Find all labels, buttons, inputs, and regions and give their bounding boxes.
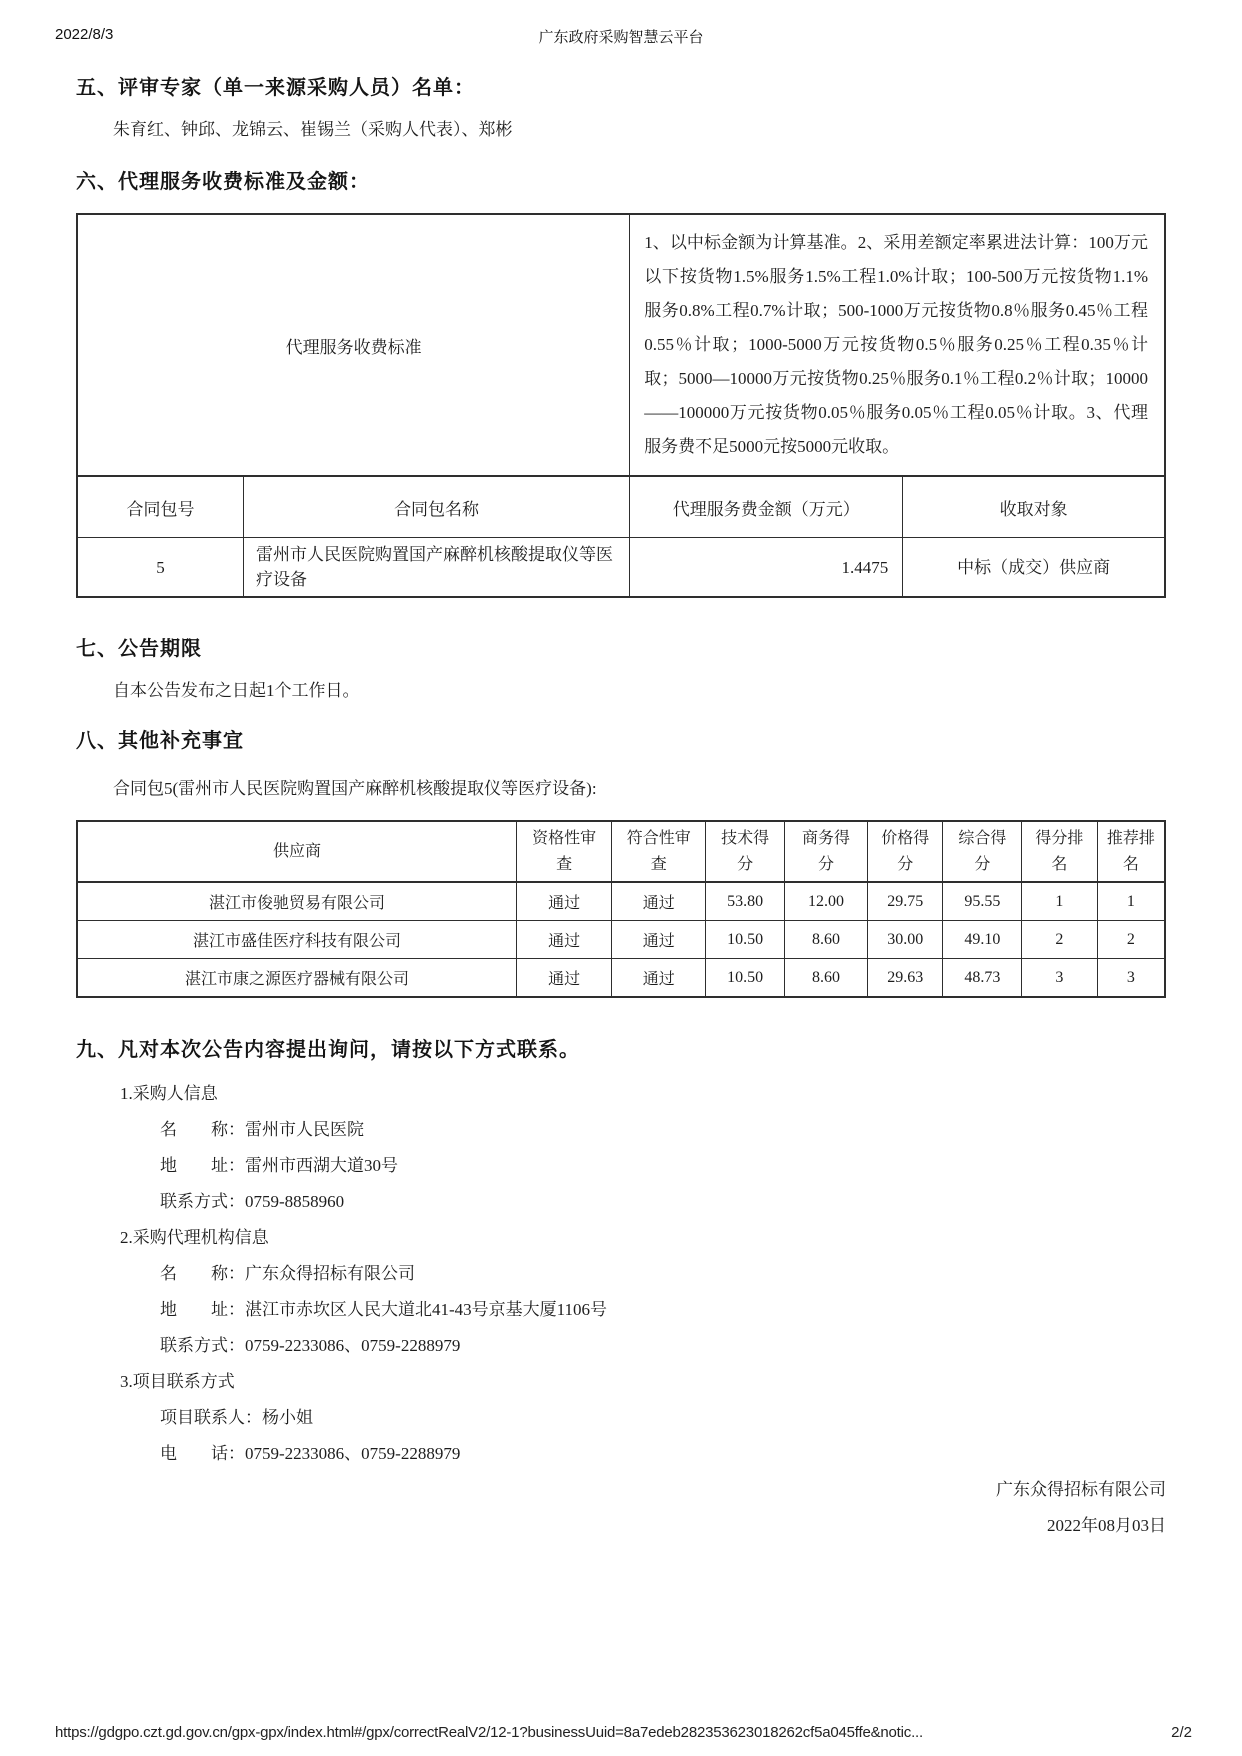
business-score: 8.60 bbox=[784, 959, 867, 998]
agency-phone-line: 联系方式：0759-2233086、0759-2288979 bbox=[76, 1328, 1166, 1364]
fee-standard-text: 1、以中标金额为计算基准。2、采用差额定率累进法计算：100万元以下按货物1.5… bbox=[630, 214, 1165, 476]
fee-standard-row: 代理服务收费标准 1、以中标金额为计算基准。2、采用差额定率累进法计算：100万… bbox=[77, 214, 1165, 476]
agency-fee-table: 代理服务收费标准 1、以中标金额为计算基准。2、采用差额定率累进法计算：100万… bbox=[76, 213, 1166, 598]
project-contact-person-line: 项目联系人：杨小姐 bbox=[76, 1400, 1166, 1436]
purchaser-phone-line: 联系方式：0759-8858960 bbox=[76, 1184, 1166, 1220]
fee-header-package-name: 合同包名称 bbox=[243, 476, 629, 538]
fee-standard-label: 代理服务收费标准 bbox=[77, 214, 630, 476]
score-header-supplier: 供应商 bbox=[77, 821, 517, 882]
recommend-rank: 2 bbox=[1097, 921, 1165, 959]
recommend-rank: 1 bbox=[1097, 882, 1165, 921]
expert-name-list: 朱育红、钟邱、龙锦云、崔锡兰（采购人代表）、郑彬 bbox=[76, 118, 1166, 142]
score-table-row: 湛江市康之源医疗器械有限公司 通过 通过 10.50 8.60 29.63 48… bbox=[77, 959, 1165, 998]
fee-header-charged-to: 收取对象 bbox=[903, 476, 1165, 538]
contact-info: 1.采购人信息 名 称：雷州市人民医院 地 址：雷州市西湖大道30号 联系方式：… bbox=[76, 1076, 1166, 1472]
total-score: 95.55 bbox=[943, 882, 1022, 921]
score-header-technical-score: 技术得 分 bbox=[706, 821, 785, 882]
supplier-name: 湛江市盛佳医疗科技有限公司 bbox=[77, 921, 517, 959]
fee-charged-to: 中标（成交）供应商 bbox=[903, 538, 1165, 598]
signoff-block: 广东众得招标有限公司 2022年08月03日 bbox=[76, 1472, 1166, 1544]
score-header-qualification-review: 资格性审 查 bbox=[517, 821, 612, 882]
conformity-review: 通过 bbox=[612, 921, 706, 959]
score-table-row: 湛江市盛佳医疗科技有限公司 通过 通过 10.50 8.60 30.00 49.… bbox=[77, 921, 1165, 959]
agency-name-line: 名 称：广东众得招标有限公司 bbox=[76, 1256, 1166, 1292]
qualification-review: 通过 bbox=[517, 921, 612, 959]
fee-table-data-row: 5 雷州市人民医院购置国产麻醉机核酸提取仪等医疗设备 1.4475 中标（成交）… bbox=[77, 538, 1165, 598]
total-score: 48.73 bbox=[943, 959, 1022, 998]
section-5-title: 五、评审专家（单一来源采购人员）名单： bbox=[76, 74, 1166, 102]
section-8-title: 八、其他补充事宜 bbox=[76, 727, 1166, 755]
technical-score: 10.50 bbox=[706, 921, 785, 959]
supplier-score-table: 供应商 资格性审 查 符合性审 查 技术得 分 商务得 分 价格得 分 综合得 … bbox=[76, 820, 1166, 998]
fee-table-header-row: 合同包号 合同包名称 代理服务费金额（万元） 收取对象 bbox=[77, 476, 1165, 538]
package-5-line: 合同包5(雷州市人民医院购置国产麻醉机核酸提取仪等医疗设备): bbox=[76, 777, 1166, 801]
technical-score: 53.80 bbox=[706, 882, 785, 921]
qualification-review: 通过 bbox=[517, 959, 612, 998]
document-page: 2022/8/3 广东政府采购智慧云平台 五、评审专家（单一来源采购人员）名单：… bbox=[0, 0, 1242, 1756]
fee-header-package-no: 合同包号 bbox=[77, 476, 243, 538]
qualification-review: 通过 bbox=[517, 882, 612, 921]
score-header-score-rank: 得分排 名 bbox=[1022, 821, 1097, 882]
total-score: 49.10 bbox=[943, 921, 1022, 959]
score-header-business-score: 商务得 分 bbox=[784, 821, 867, 882]
score-table-row: 湛江市俊驰贸易有限公司 通过 通过 53.80 12.00 29.75 95.5… bbox=[77, 882, 1165, 921]
signoff-date: 2022年08月03日 bbox=[76, 1508, 1166, 1544]
notice-period-text: 自本公告发布之日起1个工作日。 bbox=[76, 679, 1166, 703]
page-number: 2/2 bbox=[1171, 1724, 1192, 1741]
fee-package-name: 雷州市人民医院购置国产麻醉机核酸提取仪等医疗设备 bbox=[243, 538, 629, 598]
section-6-title: 六、代理服务收费标准及金额： bbox=[76, 168, 1166, 196]
score-rank: 1 bbox=[1022, 882, 1097, 921]
source-url: https://gdgpo.czt.gd.gov.cn/gpx-gpx/inde… bbox=[55, 1724, 923, 1741]
score-rank: 3 bbox=[1022, 959, 1097, 998]
fee-header-fee-amount: 代理服务费金额（万元） bbox=[630, 476, 903, 538]
section-7-title: 七、公告期限 bbox=[76, 635, 1166, 663]
price-score: 29.75 bbox=[868, 882, 943, 921]
signoff-company: 广东众得招标有限公司 bbox=[76, 1472, 1166, 1508]
fee-amount-value: 1.4475 bbox=[630, 538, 903, 598]
business-score: 8.60 bbox=[784, 921, 867, 959]
agency-address-line: 地 址：湛江市赤坎区人民大道北41-43号京基大厦1106号 bbox=[76, 1292, 1166, 1328]
score-table-header-row: 供应商 资格性审 查 符合性审 查 技术得 分 商务得 分 价格得 分 综合得 … bbox=[77, 821, 1165, 882]
fee-package-no: 5 bbox=[77, 538, 243, 598]
purchaser-name-line: 名 称：雷州市人民医院 bbox=[76, 1112, 1166, 1148]
score-rank: 2 bbox=[1022, 921, 1097, 959]
print-footer: https://gdgpo.czt.gd.gov.cn/gpx-gpx/inde… bbox=[55, 1724, 1192, 1741]
recommend-rank: 3 bbox=[1097, 959, 1165, 998]
price-score: 30.00 bbox=[868, 921, 943, 959]
score-header-recommend-rank: 推荐排 名 bbox=[1097, 821, 1165, 882]
business-score: 12.00 bbox=[784, 882, 867, 921]
supplier-name: 湛江市康之源医疗器械有限公司 bbox=[77, 959, 517, 998]
document-body: 五、评审专家（单一来源采购人员）名单： 朱育红、钟邱、龙锦云、崔锡兰（采购人代表… bbox=[0, 0, 1242, 1544]
score-header-price-score: 价格得 分 bbox=[868, 821, 943, 882]
technical-score: 10.50 bbox=[706, 959, 785, 998]
conformity-review: 通过 bbox=[612, 959, 706, 998]
score-header-total-score: 综合得 分 bbox=[943, 821, 1022, 882]
purchaser-address-line: 地 址：雷州市西湖大道30号 bbox=[76, 1148, 1166, 1184]
score-header-conformity-review: 符合性审 查 bbox=[612, 821, 706, 882]
price-score: 29.63 bbox=[868, 959, 943, 998]
conformity-review: 通过 bbox=[612, 882, 706, 921]
supplier-name: 湛江市俊驰贸易有限公司 bbox=[77, 882, 517, 921]
project-contact-heading: 3.项目联系方式 bbox=[76, 1364, 1166, 1400]
purchaser-info-heading: 1.采购人信息 bbox=[76, 1076, 1166, 1112]
project-phone-line: 电 话：0759-2233086、0759-2288979 bbox=[76, 1436, 1166, 1472]
section-9-title: 九、凡对本次公告内容提出询问，请按以下方式联系。 bbox=[76, 1036, 1166, 1064]
agency-info-heading: 2.采购代理机构信息 bbox=[76, 1220, 1166, 1256]
